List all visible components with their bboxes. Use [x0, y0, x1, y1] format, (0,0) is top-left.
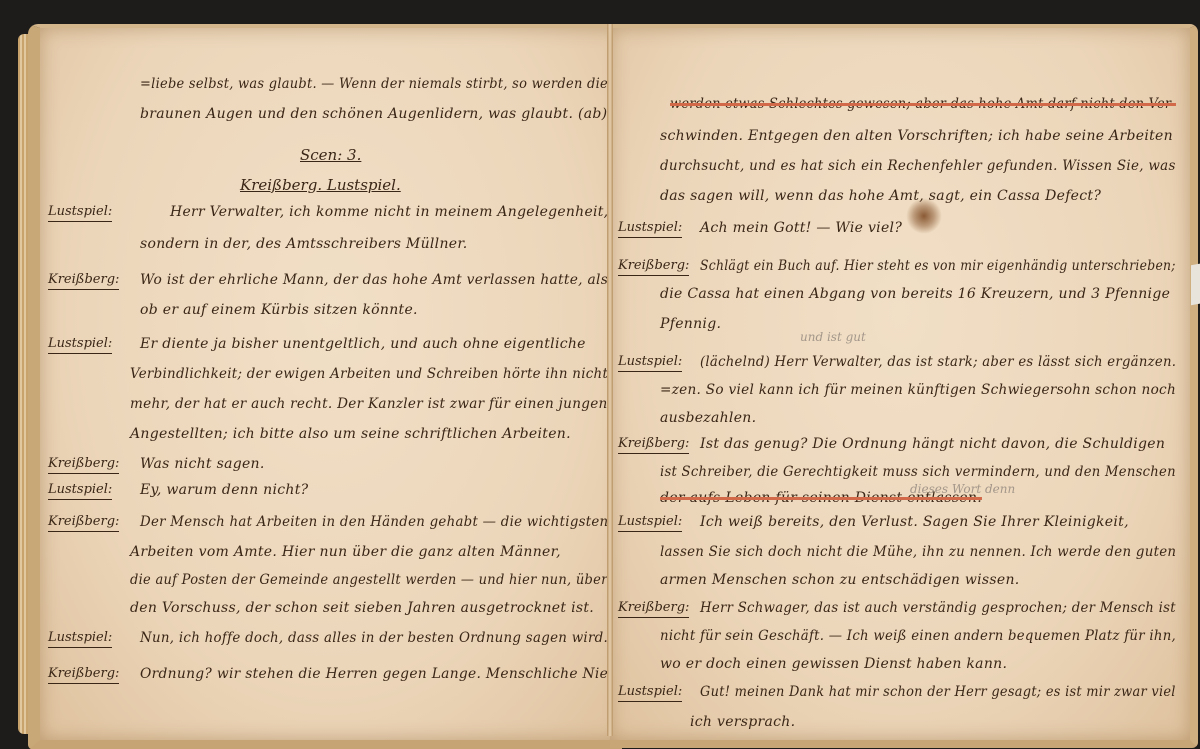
manuscript-line: wo er doch einen gewissen Dienst haben k… [660, 656, 1007, 672]
manuscript-line: =zen. So viel kann ich für meinen künfti… [660, 382, 1176, 398]
book-gutter [607, 24, 613, 736]
manuscript-line: =liebe selbst, was glaubt. — Wenn der ni… [140, 76, 608, 92]
manuscript-line: sondern in der, des Amtsschreibers Mülln… [140, 236, 468, 252]
paper-tab [1191, 263, 1200, 305]
manuscript-line: Ordnung? wir stehen die Herren gegen Lan… [140, 666, 608, 682]
manuscript-line: Ist das genug? Die Ordnung hängt nicht d… [700, 436, 1165, 452]
manuscript-line: Angestellten; ich bitte also um seine sc… [130, 426, 571, 442]
manuscript-line: nicht für sein Geschäft. — Ich weiß eine… [660, 628, 1176, 644]
manuscript-line: Was nicht sagen. [140, 456, 265, 472]
speaker-label: Kreißberg: [48, 666, 119, 684]
manuscript-line: Er diente ja bisher unentgeltlich, und a… [140, 336, 586, 352]
right-page: werden etwas Schlechtes gewesen; aber da… [610, 24, 1198, 748]
speaker-label: Lustspiel: [618, 514, 682, 532]
manuscript-line: den Vorschuss, der schon seit sieben Jah… [130, 600, 594, 616]
manuscript-line: (lächelnd) Herr Verwalter, das ist stark… [700, 354, 1176, 370]
speaker-label: Kreißberg: [618, 436, 689, 454]
manuscript-line: das sagen will, wenn das hohe Amt, sagt,… [660, 188, 1101, 204]
speaker-label: Lustspiel: [618, 684, 682, 702]
speaker-label: Kreißberg: [48, 272, 119, 290]
manuscript-line: Nun, ich hoffe doch, dass alles in der b… [140, 630, 608, 646]
manuscript-line: lassen Sie sich doch nicht die Mühe, ihn… [660, 544, 1176, 560]
manuscript-line: braunen Augen und den schönen Augenlider… [140, 106, 607, 122]
manuscript-line: Ey, warum denn nicht? [140, 482, 308, 498]
manuscript-line: Wo ist der ehrliche Mann, der das hohe A… [140, 272, 608, 288]
manuscript-line: armen Menschen schon zu entschädigen wis… [660, 572, 1020, 588]
manuscript-line: mehr, der hat er auch recht. Der Kanzler… [130, 396, 608, 412]
speaker-label: Kreißberg: [618, 600, 689, 618]
pencil-annotation: dieses Wort denn [910, 482, 1015, 496]
speaker-label: Lustspiel: [48, 336, 112, 354]
speaker-label: Kreißberg: [48, 514, 119, 532]
scene-heading: Kreißberg. Lustspiel. [240, 176, 401, 194]
manuscript-line: Gut! meinen Dank hat mir schon der Herr … [700, 684, 1176, 700]
manuscript-line: durchsucht, und es hat sich ein Rechenfe… [660, 158, 1176, 174]
manuscript-line: Der Mensch hat Arbeiten in den Händen ge… [140, 514, 608, 530]
speaker-label: Kreißberg: [48, 456, 119, 474]
speaker-label: Lustspiel: [48, 482, 112, 500]
manuscript-line: die Cassa hat einen Abgang von bereits 1… [660, 286, 1170, 302]
speaker-label: Lustspiel: [618, 220, 682, 238]
speaker-label: Kreißberg: [618, 258, 689, 276]
manuscript-line: Pfennig. [660, 316, 721, 332]
manuscript-line: schwinden. Entgegen den alten Vorschrift… [660, 128, 1173, 144]
manuscript-line: Schlägt ein Buch auf. Hier steht es von … [700, 258, 1176, 274]
speaker-label: Lustspiel: [48, 204, 112, 222]
manuscript-line: Ich weiß bereits, den Verlust. Sagen Sie… [700, 514, 1129, 530]
manuscript-line: ich versprach. [690, 714, 795, 730]
manuscript-line: Verbindlichkeit; der ewigen Arbeiten und… [130, 366, 608, 382]
speaker-label: Lustspiel: [618, 354, 682, 372]
manuscript-line: Herr Schwager, das ist auch verständig g… [700, 600, 1176, 616]
open-manuscript-book: =liebe selbst, was glaubt. — Wenn der ni… [28, 14, 1198, 744]
manuscript-line: ausbezahlen. [660, 410, 756, 426]
scene-heading: Scen: 3. [300, 146, 361, 164]
manuscript-line: ob er auf einem Kürbis sitzen könnte. [140, 302, 418, 318]
ink-stain [906, 198, 942, 234]
pencil-annotation: und ist gut [800, 330, 866, 344]
manuscript-line: die auf Posten der Gemeinde angestellt w… [130, 572, 608, 588]
struck-through-line: werden etwas Schlechtes gewesen; aber da… [670, 96, 1176, 112]
manuscript-line: ist Schreiber, die Gerechtigkeit muss si… [660, 464, 1176, 480]
manuscript-line: Ach mein Gott! — Wie viel? [700, 220, 902, 236]
speaker-label: Lustspiel: [48, 630, 112, 648]
manuscript-line: Arbeiten vom Amte. Hier nun über die gan… [130, 544, 561, 560]
manuscript-line: Herr Verwalter, ich komme nicht in meine… [170, 204, 608, 220]
left-page: =liebe selbst, was glaubt. — Wenn der ni… [28, 24, 622, 749]
